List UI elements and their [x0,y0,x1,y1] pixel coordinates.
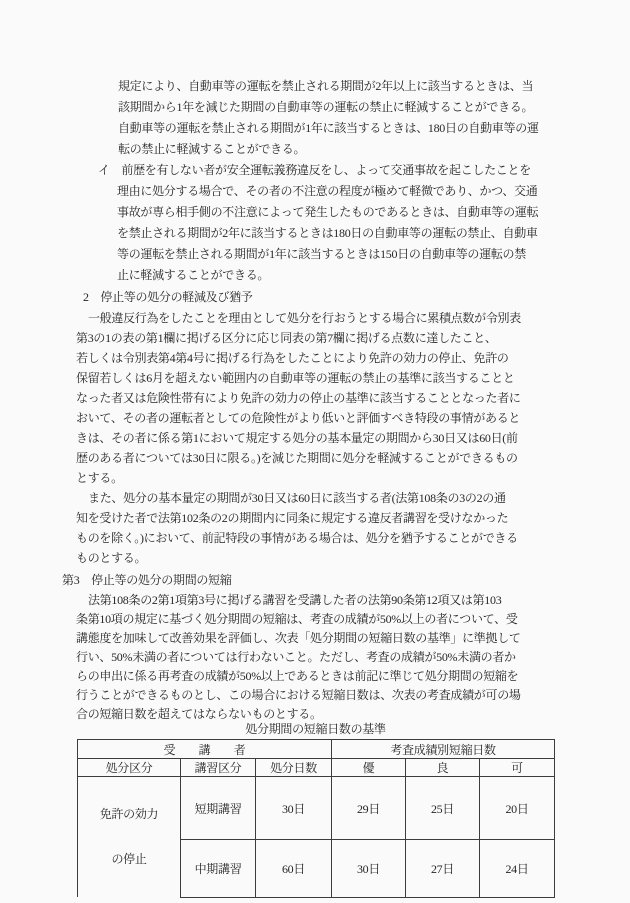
text-line: 等の運転を禁止される期間が1年に該当するときは150日の自動車等の運転の禁 [0,244,630,265]
text-line: きは、その者に係る第1において規定する処分の基本量定の期間から30日又は60日(… [0,428,630,448]
text-line: また、処分の基本量定の期間が30日又は60日に該当する者(法第108条の3の2の… [0,488,630,508]
table-continuation-stub [77,816,181,825]
category-line: の停止 [78,852,180,867]
text-line: 一般違反行為をしたことを理由として処分を行おうとする場合に累積点数が令別表 [0,308,630,328]
cell-grade-yu: 29日 [332,777,406,840]
cell-grade-ka: 24日 [480,840,555,897]
table-group-header-row: 受 講 者 考査成績別短縮日数 [78,740,555,759]
text-line: 事故が専ら相手側の不注意によって発生したものであるときは、自動車等の運転 [0,202,630,223]
column-header-ka: 可 [480,759,555,777]
text-line: らの申出に係る再考査の成績が50%以上であるときは前記に準じて処分期間の短縮を [0,667,630,686]
text-line: 止に軽減することができる。 [0,265,630,286]
text-line: 第3の1の表の第1欄に掲げる区分に応じ同表の第7欄に掲げる点数に達したこと、 [0,328,630,348]
column-header-shobun-nissu: 処分日数 [256,759,332,777]
text-line: 自動車等の運転を禁止される期間が1年に該当するときは、180日の自動車等の運 [0,118,630,139]
text-line: 知を受けた者で法第102条の2の期間内に同条に規定する違反者講習を受けなかった [0,508,630,528]
section-3-paragraph: 法第108条の2第1項第3号に掲げる講習を受講した者の法第90条第12項又は第1… [0,591,630,724]
section-2-heading: 2 停止等の処分の軽減及び猶予 [0,287,630,308]
paragraph-continuation: 規定により、自動車等の運転を禁止される期間が2年以上に該当するときは、当 該期間… [0,76,630,160]
text-line: 行い、50%未満の者については行わないこと。ただし、考査の成績が50%未満の者か [0,648,630,667]
column-header-ryo: 良 [406,759,480,777]
text-line: 若しくは令別表第4第4号に掲げる行為をしたことにより免許の効力の停止、免許の [0,348,630,368]
cell-course: 中期講習 [181,840,256,897]
text-line: 保留若しくは6月を超えない範囲内の自動車等の運転の禁止の基準に該当することと [0,368,630,388]
table-title: 処分期間の短縮日数の基準 [77,722,554,737]
text-line: とする。 [0,468,630,488]
category-cell: 免許の効力 の停止 [78,777,181,898]
text-line: 行うことができるものとし、この場合における短縮日数は、次表の考査成績が可の場 [0,686,630,705]
column-header-koshu-kubun: 講習区分 [181,759,256,777]
column-header-yu: 優 [332,759,406,777]
table-column-header-row: 処分区分 講習区分 処分日数 優 良 可 [78,759,555,777]
group-header-shortening: 考査成績別短縮日数 [332,740,555,759]
section-2-paragraph-2: また、処分の基本量定の期間が30日又は60日に該当する者(法第108条の3の2の… [0,488,630,568]
table-row: 免許の効力 の停止 短期講習 30日 29日 25日 20日 [78,777,555,840]
list-item-i: イ 前歴を有しない者が安全運転義務違反をし、よって交通事故を起こしたことを 理由… [0,160,630,286]
text-line: なった者又は危険性帯有により免許の効力の停止の基準に該当することとなった者に [0,388,630,408]
scanned-document-page: 規定により、自動車等の運転を禁止される期間が2年以上に該当するときは、当 該期間… [0,0,630,903]
cell-course: 短期講習 [181,777,256,840]
text-line: イ 前歴を有しない者が安全運転義務違反をし、よって交通事故を起こしたことを [0,160,630,181]
text-line: 講態度を加味して改善効果を評価し、次表「処分期間の短縮日数の基準」に準拠して [0,629,630,648]
text-line: 規定により、自動車等の運転を禁止される期間が2年以上に該当するときは、当 [0,76,630,97]
cell-grade-ryo: 27日 [406,840,480,897]
cell-grade-ka: 20日 [480,777,555,840]
text-line: ものとする。 [0,548,630,568]
section-2-paragraph-1: 一般違反行為をしたことを理由として処分を行おうとする場合に累積点数が令別表 第3… [0,308,630,488]
group-header-attendee: 受 講 者 [78,740,332,759]
heading-text: 2 停止等の処分の軽減及び猶予 [0,287,630,308]
cell-days: 30日 [256,777,332,840]
text-line: 転の禁止に軽減することができる。 [0,139,630,160]
section-3-heading: 第3 停止等の処分の期間の短縮 [0,570,630,591]
text-line: 歴のある者については30日に限る。)を減じた期間に処分を軽減することができるもの [0,448,630,468]
text-line: を禁止される期間が2年に該当するときは180日の自動車等の運転の禁止、自動車 [0,223,630,244]
column-header-shobun-kubun: 処分区分 [78,759,181,777]
cell-grade-ryo: 25日 [406,777,480,840]
cell-grade-yu: 30日 [332,840,406,897]
text-line: 法第108条の2第1項第3号に掲げる講習を受講した者の法第90条第12項又は第1… [0,591,630,610]
text-line: おいて、その者の運転者としての危険性がより低いと評価すべき特段の事情があると [0,408,630,428]
text-line: 理由に処分する場合で、その者の不注意の程度が極めて軽微であり、かつ、交通 [0,181,630,202]
text-line: 該期間から1年を減じた期間の自動車等の運転の禁止に軽減することができる。 [0,97,630,118]
heading-text: 第3 停止等の処分の期間の短縮 [0,570,630,591]
text-line: ものを除く。)において、前記特段の事情がある場合は、処分を猶予することができる [0,528,630,548]
text-line: 条第10項の規定に基づく処分期間の短縮は、考査の成績が50%以上の者について、受 [0,610,630,629]
cell-days: 60日 [256,840,332,897]
